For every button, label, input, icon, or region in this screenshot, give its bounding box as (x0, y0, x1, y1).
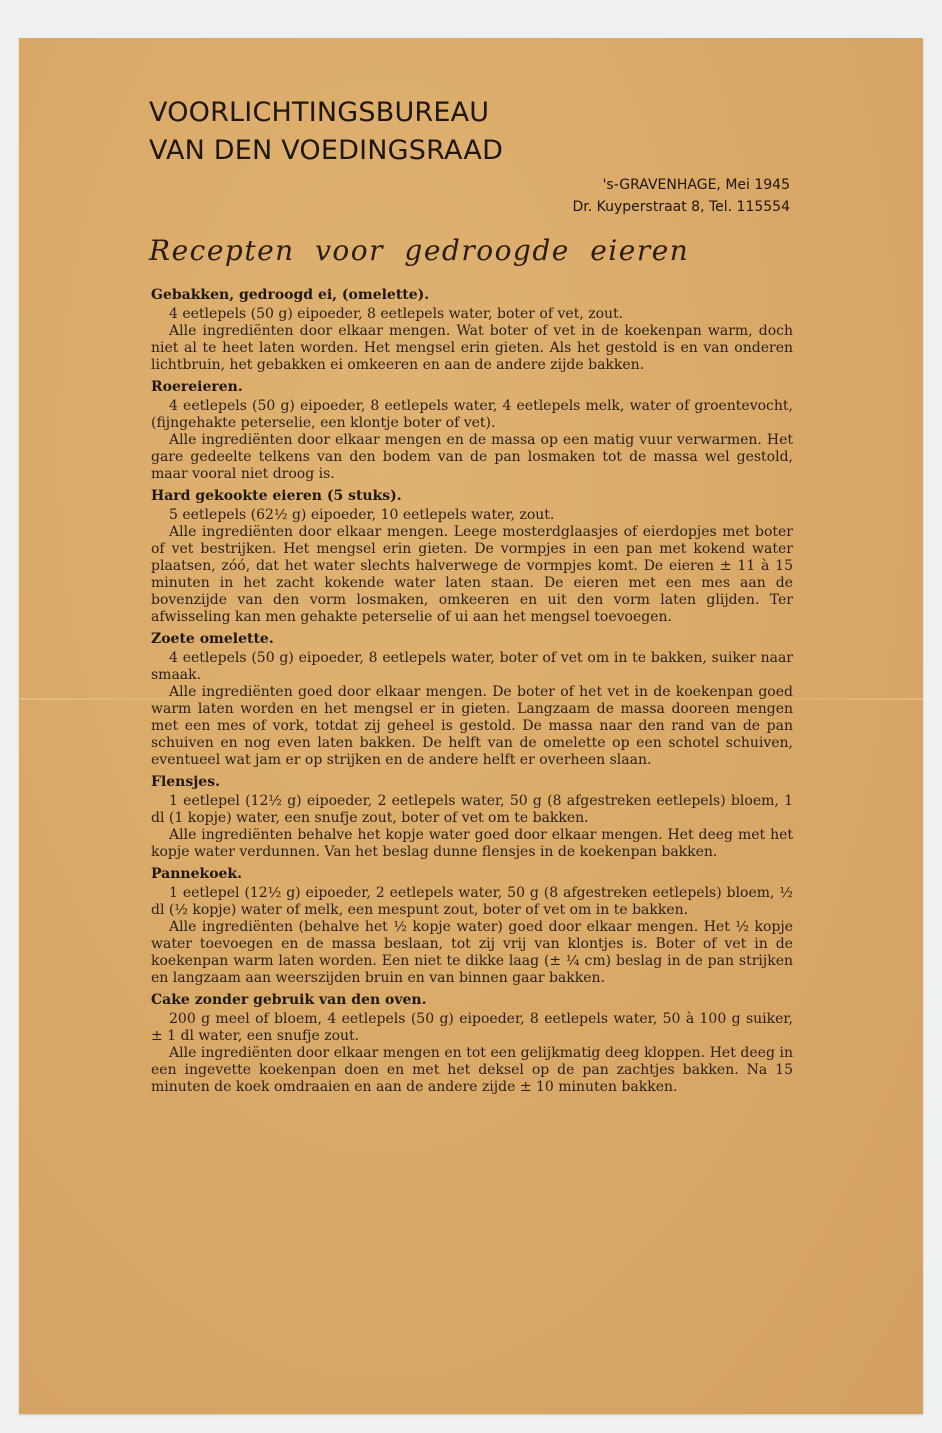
organization-name-line2: VAN DEN VOEDINGSRAAD (149, 132, 503, 170)
recipe-ingredients: 4 eetlepels (50 g) eipoeder, 8 eetlepels… (151, 398, 793, 432)
recipe-cake: Cake zonder gebruik van den oven. 200 g … (151, 991, 793, 1096)
recipe-title: Pannekoek. (151, 865, 793, 883)
recipe-title: Flensjes. (151, 773, 793, 791)
recipe-ingredients: 5 eetlepels (62½ g) eipoeder, 10 eetlepe… (151, 507, 793, 524)
recipe-ingredients: 4 eetlepels (50 g) eipoeder, 8 eetlepels… (151, 650, 793, 684)
letterhead-address: 's-GRAVENHAGE, Mei 1945 Dr. Kuyperstraat… (572, 174, 790, 218)
recipe-method: Alle ingrediënten door elkaar mengen. Wa… (151, 323, 793, 374)
recipe-title: Roereieren. (151, 378, 793, 396)
recipe-method: Alle ingrediënten (behalve het ½ kopje w… (151, 919, 793, 987)
organization-name-line1: VOORLICHTINGSBUREAU (149, 94, 503, 132)
place-date: 's-GRAVENHAGE, Mei 1945 (572, 174, 790, 196)
recipe-title: Gebakken, gedroogd ei, (omelette). (151, 286, 793, 304)
recipe-method: Alle ingrediënten behalve het kopje wate… (151, 827, 793, 861)
street-phone: Dr. Kuyperstraat 8, Tel. 115554 (572, 196, 790, 218)
recipe-method: Alle ingrediënten door elkaar mengen en … (151, 1045, 793, 1096)
recipe-pannekoek: Pannekoek. 1 eetlepel (12½ g) eipoeder, … (151, 865, 793, 987)
recipe-flensjes: Flensjes. 1 eetlepel (12½ g) eipoeder, 2… (151, 773, 793, 861)
recipe-ingredients: 1 eetlepel (12½ g) eipoeder, 2 eetlepels… (151, 885, 793, 919)
recipe-list: Gebakken, gedroogd ei, (omelette). 4 eet… (151, 286, 793, 1100)
recipe-method: Alle ingrediënten door elkaar mengen en … (151, 432, 793, 483)
recipe-ingredients: 200 g meel of bloem, 4 eetlepels (50 g) … (151, 1011, 793, 1045)
recipe-hard-boiled-eggs: Hard gekookte eieren (5 stuks). 5 eetlep… (151, 487, 793, 626)
recipe-method: Alle ingrediënten goed door elkaar menge… (151, 684, 793, 769)
document-title: Recepten voor gedroogde eieren (149, 234, 689, 267)
organization-heading: VOORLICHTINGSBUREAU VAN DEN VOEDINGSRAAD (149, 94, 503, 170)
recipe-roereieren: Roereieren. 4 eetlepels (50 g) eipoeder,… (151, 378, 793, 483)
recipe-ingredients: 4 eetlepels (50 g) eipoeder, 8 eetlepels… (151, 306, 793, 323)
recipe-method: Alle ingrediënten door elkaar mengen. Le… (151, 524, 793, 626)
recipe-title: Zoete omelette. (151, 630, 793, 648)
recipe-title: Cake zonder gebruik van den oven. (151, 991, 793, 1009)
recipe-sweet-omelette: Zoete omelette. 4 eetlepels (50 g) eipoe… (151, 630, 793, 769)
recipe-title: Hard gekookte eieren (5 stuks). (151, 487, 793, 505)
recipe-omelette: Gebakken, gedroogd ei, (omelette). 4 eet… (151, 286, 793, 374)
recipe-ingredients: 1 eetlepel (12½ g) eipoeder, 2 eetlepels… (151, 793, 793, 827)
document-page: VOORLICHTINGSBUREAU VAN DEN VOEDINGSRAAD… (19, 38, 923, 1414)
